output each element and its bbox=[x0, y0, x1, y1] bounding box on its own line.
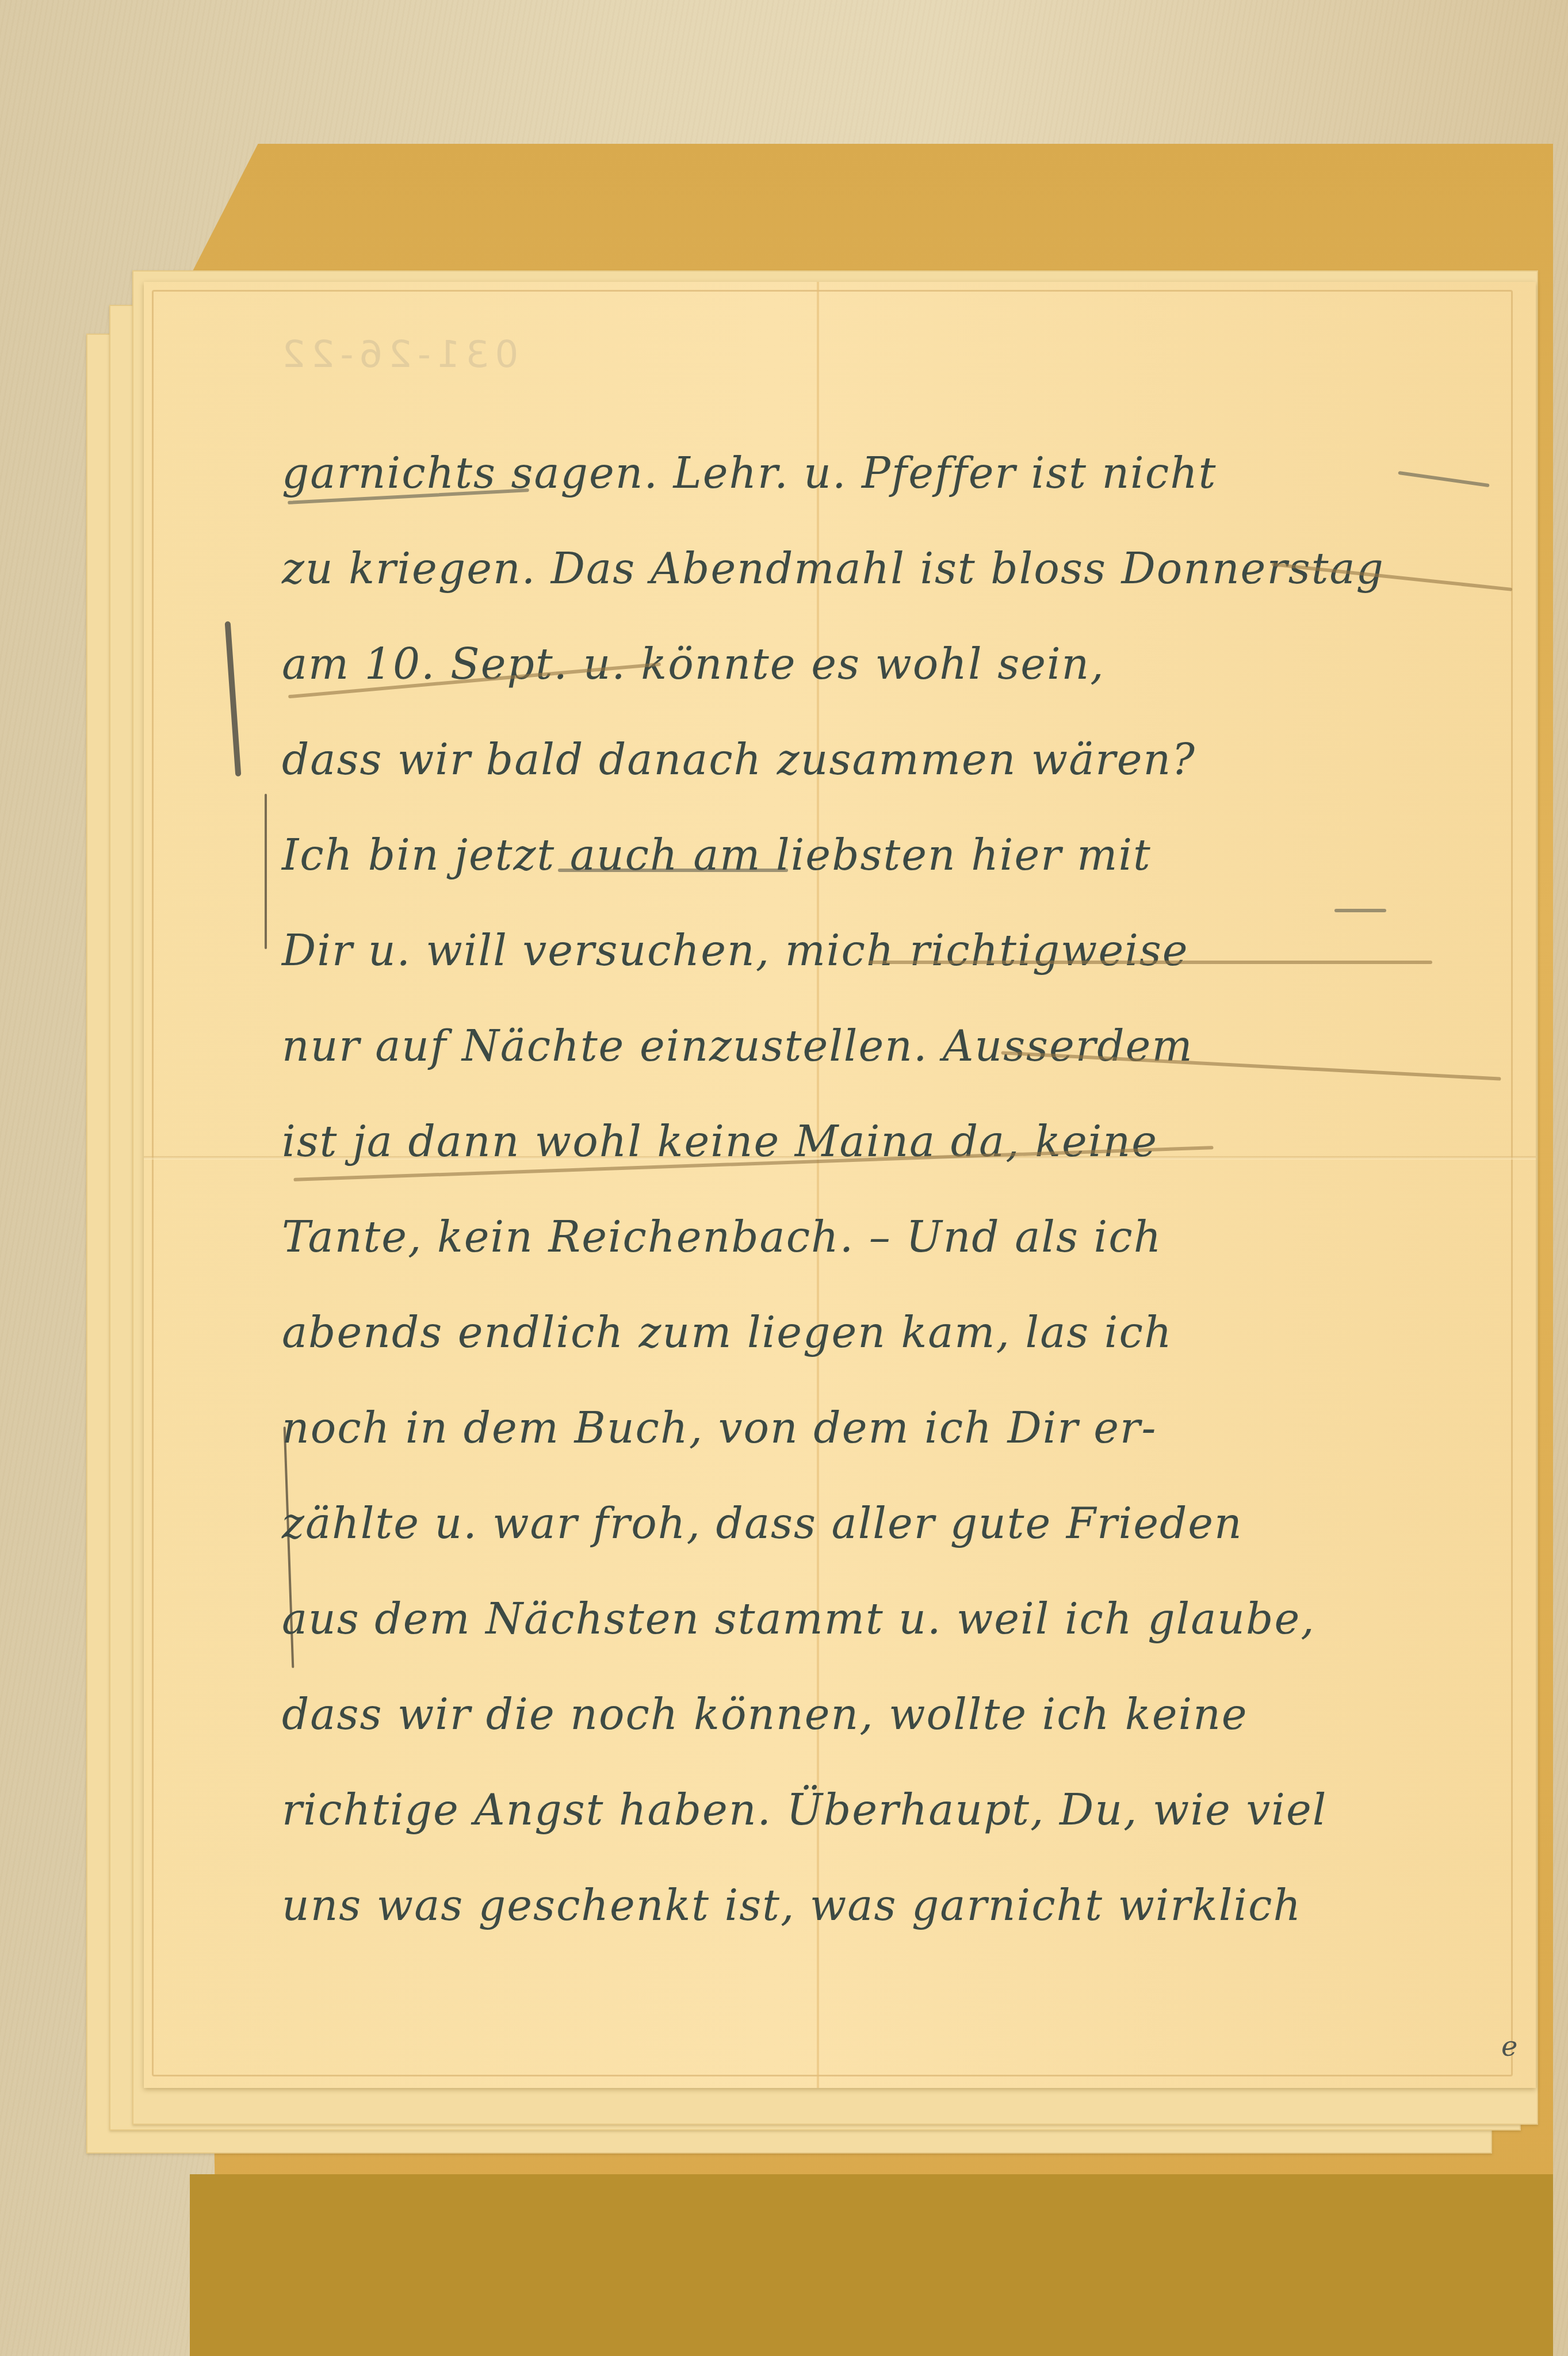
letter-body: garnichts sagen. Lehr. u. Pfeffer ist ni… bbox=[282, 426, 1519, 1953]
margin-mark-thin bbox=[265, 794, 267, 949]
letter-line: richtige Angst haben. Überhaupt, Du, wie… bbox=[282, 1762, 1519, 1858]
letter-line: Ich bin jetzt auch am liebsten hier mit bbox=[282, 808, 1519, 903]
letter-line: aus dem Nächsten stammt u. weil ich glau… bbox=[282, 1571, 1519, 1667]
folder-shadow bbox=[190, 2174, 1553, 2356]
letter-line: zählte u. war froh, dass aller gute Frie… bbox=[282, 1476, 1519, 1571]
underline-bald-danach bbox=[558, 869, 788, 872]
letter-line: abends endlich zum liegen kam, las ich bbox=[282, 1285, 1519, 1380]
letter-page: 031-26-22 e garnichts sagen. Lehr. u. Pf… bbox=[144, 282, 1536, 2088]
letter-line: Tante, kein Reichenbach. – Und als ich bbox=[282, 1190, 1519, 1285]
underline-am-liebsten-hier bbox=[869, 961, 1432, 964]
letter-line: dass wir bald danach zusammen wären? bbox=[282, 712, 1519, 808]
letter-line: noch in dem Buch, von dem ich Dir er- bbox=[282, 1380, 1519, 1476]
edge-mark: e bbox=[1501, 2030, 1517, 2063]
letter-line: nur auf Nächte einzustellen. Ausserdem bbox=[282, 999, 1519, 1094]
letter-line: garnichts sagen. Lehr. u. Pfeffer ist ni… bbox=[282, 426, 1519, 521]
letter-line: uns was geschenkt ist, was garnicht wirk… bbox=[282, 1858, 1519, 1953]
letter-line: dass wir die noch können, wollte ich kei… bbox=[282, 1667, 1519, 1762]
letter-line: am 10. Sept. u. könnte es wohl sein, bbox=[282, 617, 1519, 712]
underline-hier bbox=[1334, 909, 1386, 912]
archive-number-showthrough: 031-26-22 bbox=[276, 334, 518, 376]
letter-line: Dir u. will versuchen, mich richtigweise bbox=[282, 903, 1519, 999]
